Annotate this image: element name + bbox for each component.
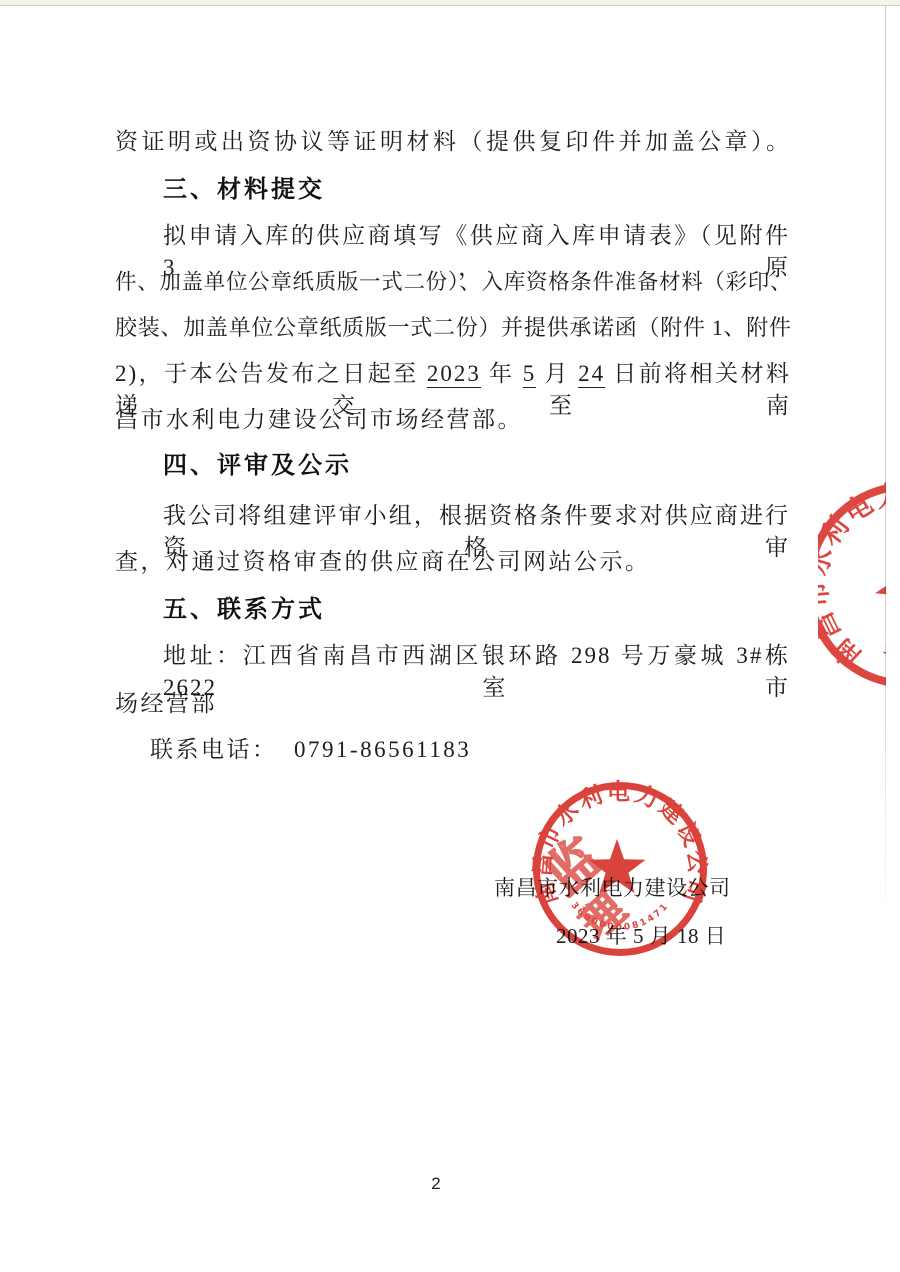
doc-line: 场经营部 [115, 688, 217, 720]
deadline-text: 年 [481, 361, 523, 386]
official-seal-icon: 监 理 南昌市水利电力建设公司 3600000081471 [520, 769, 720, 969]
doc-line: 查，对通过资格审查的供应商在公司网站公示。 [115, 546, 651, 578]
doc-line-address: 地址：江西省南昌市西湖区银环路 298 号万豪城 3#栋 2622 室市 [163, 640, 790, 704]
scanned-document: { "page": { "number": "2" }, "document":… [0, 0, 900, 1272]
doc-line-phone: 联系电话： 0791-86561183 [150, 734, 471, 766]
deadline-day: 24 [578, 361, 605, 388]
doc-line: 胶装、加盖单位公章纸质版一式二份）并提供承诺函（附件 1、附件 [115, 312, 791, 344]
seal-serial-number: 3600000081471 [877, 585, 886, 680]
doc-line: 件、加盖单位公章纸质版一式二份）、入库资格条件准备材料（彩印、 [115, 266, 791, 298]
section-heading-3: 三、材料提交 [163, 174, 325, 206]
deadline-year: 2023 [427, 361, 481, 388]
doc-line: 资证明或出资协议等证明材料（提供复印件并加盖公章）。 [115, 126, 791, 158]
seal-star-icon [863, 539, 886, 625]
page-number: 2 [424, 1174, 448, 1194]
paper-top-edge [0, 5, 900, 6]
seal-star-icon [588, 839, 645, 893]
deadline-text: 月 [536, 361, 578, 386]
section-heading-5: 五、联系方式 [163, 594, 325, 626]
deadline-month: 5 [523, 361, 537, 388]
section-heading-4: 四、评审及公示 [163, 450, 352, 482]
doc-line: 昌市水利电力建设公司市场经营部。 [115, 404, 523, 436]
deadline-text: 2)，于本公告发布之日起至 [115, 361, 427, 386]
seal-company-name: 南昌市水利电力建设公司 [530, 779, 710, 909]
official-seal-partial: 南昌市水利电力建设公司 3600000081471 [818, 468, 886, 713]
